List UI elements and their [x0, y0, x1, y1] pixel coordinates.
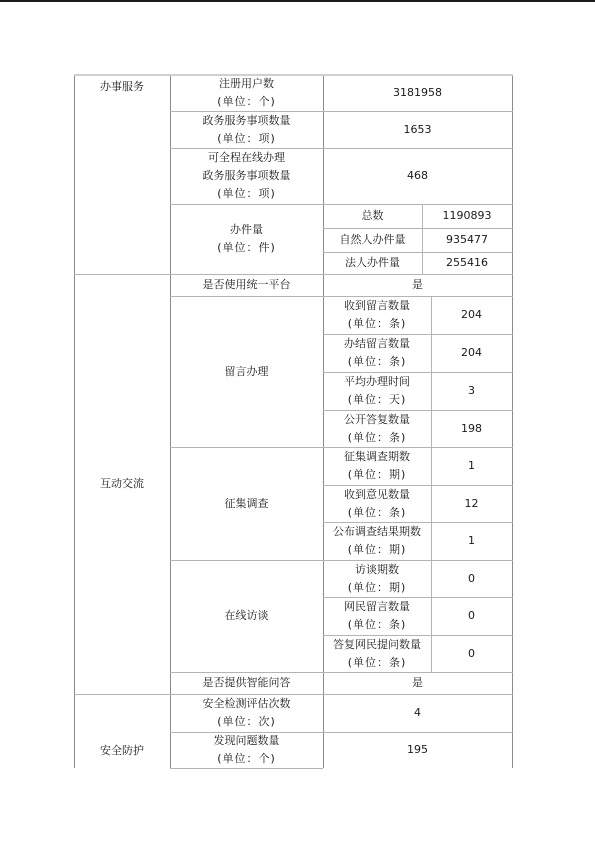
metric-case-volume-label: 办件量 (单位：件)	[170, 204, 323, 274]
row-line	[323, 597, 513, 598]
avg-handling-time-label: 平均办理时间 (单位：天)	[323, 372, 431, 410]
messages-closed-value: 204	[431, 334, 512, 372]
row-line	[323, 228, 513, 229]
survey-periods-label: 征集调查期数 (单位：期)	[323, 447, 431, 485]
security-assessments-label: 安全检测评估次数 (单位：次)	[170, 694, 323, 732]
smart-qa-value: 是	[323, 672, 512, 694]
row-line	[170, 447, 513, 448]
online-interview-label: 在线访谈	[170, 560, 323, 672]
metric-registered-users-label: 注册用户数 (单位：个)	[170, 75, 323, 111]
case-legal-person-label: 法人办件量	[323, 252, 422, 274]
section-label-security: 安全防护	[74, 732, 170, 770]
table-border-right	[512, 74, 513, 768]
row-line	[323, 485, 513, 486]
section-line	[74, 694, 513, 695]
case-subdivider	[422, 204, 423, 274]
interview-periods-value: 0	[431, 560, 512, 597]
survey-results-published-label: 公布调查结果期数 (单位：期)	[323, 522, 431, 560]
case-total-label: 总数	[323, 204, 422, 228]
case-total-value: 1190893	[422, 204, 512, 228]
metric-service-items-value: 1653	[323, 111, 512, 148]
survey-periods-value: 1	[431, 447, 512, 485]
interview-periods-label: 访谈期数 (单位：期)	[323, 560, 431, 597]
netizen-questions-answered-value: 0	[431, 635, 512, 672]
row-line	[170, 204, 513, 205]
issues-found-label: 发现问题数量 (单位：个)	[170, 732, 323, 768]
messages-received-value: 204	[431, 296, 512, 334]
smart-qa-label: 是否提供智能问答	[170, 672, 323, 694]
opinions-received-value: 12	[431, 485, 512, 522]
public-replies-value: 198	[431, 410, 512, 447]
table-divider-col1	[170, 74, 171, 768]
table-border-top	[74, 74, 513, 76]
row-line	[323, 410, 513, 411]
metric-online-items-value: 468	[323, 148, 512, 204]
row-line	[170, 560, 513, 561]
row-line	[170, 732, 513, 733]
issues-found-value: 195	[323, 732, 512, 768]
section-label-service: 办事服务	[74, 75, 170, 274]
netizen-messages-value: 0	[431, 597, 512, 635]
metric-service-items-label: 政务服务事项数量 (单位：项)	[170, 111, 323, 148]
row-line	[323, 334, 513, 335]
opinions-received-label: 收到意见数量 (单位：条)	[323, 485, 431, 522]
messages-closed-label: 办结留言数量 (单位：条)	[323, 334, 431, 372]
row-line	[170, 148, 513, 149]
table-border-left	[74, 74, 75, 768]
message-handling-label: 留言办理	[170, 296, 323, 447]
public-replies-label: 公开答复数量 (单位：条)	[323, 410, 431, 447]
row-line	[323, 522, 513, 523]
case-natural-person-label: 自然人办件量	[323, 228, 422, 252]
metric-online-items-label: 可全程在线办理 政务服务事项数量 (单位：项)	[170, 148, 323, 204]
interaction-subdivider	[431, 296, 432, 672]
row-line	[170, 672, 513, 673]
security-assessments-value: 4	[323, 694, 512, 732]
netizen-questions-answered-label: 答复网民提问数量 (单位：条)	[323, 635, 431, 672]
netizen-messages-label: 网民留言数量 (单位：条)	[323, 597, 431, 635]
section-line	[74, 274, 513, 275]
section-label-interaction: 互动交流	[74, 274, 170, 694]
survey-label: 征集调查	[170, 447, 323, 560]
table-divider-col2	[323, 74, 324, 768]
table-bottom-line	[170, 768, 323, 769]
survey-results-published-value: 1	[431, 522, 512, 560]
row-line	[323, 252, 513, 253]
row-line	[323, 372, 513, 373]
row-line	[323, 635, 513, 636]
messages-received-label: 收到留言数量 (单位：条)	[323, 296, 431, 334]
row-line	[170, 296, 513, 297]
avg-handling-time-value: 3	[431, 372, 512, 410]
unified-platform-label: 是否使用统一平台	[170, 274, 323, 296]
unified-platform-value: 是	[323, 274, 512, 296]
row-line	[170, 111, 513, 112]
metric-registered-users-value: 3181958	[323, 75, 512, 111]
case-legal-person-value: 255416	[422, 252, 512, 274]
page-top-rule	[0, 0, 595, 2]
case-natural-person-value: 935477	[422, 228, 512, 252]
